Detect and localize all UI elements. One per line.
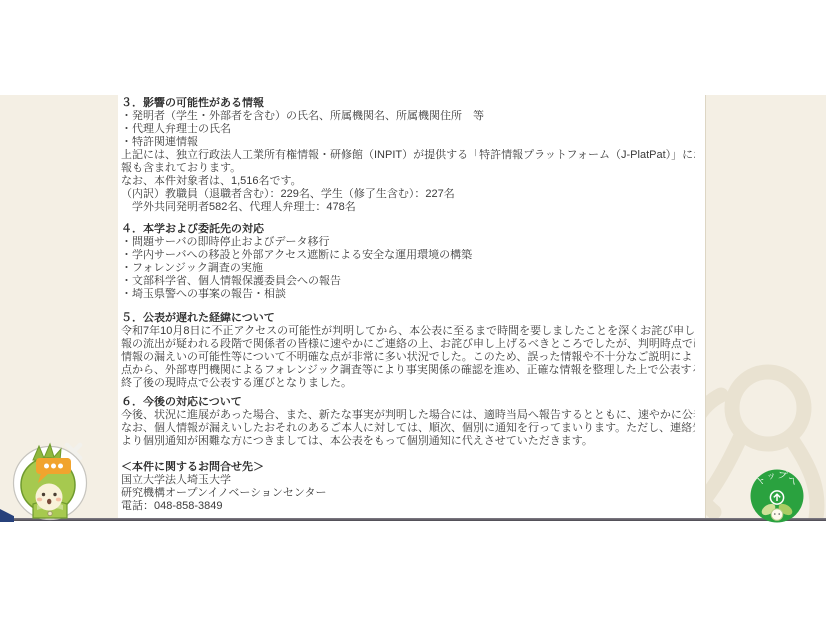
text-line: 学外共同発明者582名、代理人弁理士：478名	[121, 201, 695, 214]
text-line: 報の流出が疑われる段階で関係者の皆様に速やかにご連絡の上、お詫び申し上げるべきと…	[121, 338, 695, 351]
text-line: （内訳）教職員（退職者含む）：229名、学生（修了生含む）：227名	[121, 188, 695, 201]
text-line: 報も含まれております。	[121, 162, 695, 175]
section-heading: ３．影響の可能性がある情報	[121, 97, 695, 110]
section-1: ３．影響の可能性がある情報・発明者（学生・外部者を含む）の氏名、所属機関名、所属…	[121, 97, 695, 214]
contact-line: 国立大学法人埼玉大学	[121, 474, 695, 487]
section-2: ４．本学および委託先の対応・問題サーバの即時停止およびデータ移行・学内サーバへの…	[121, 223, 695, 301]
text-line: 上記には、独立行政法人工業所有権情報・研修館（INPIT）が提供する「特許情報プ…	[121, 149, 695, 162]
article: ３．影響の可能性がある情報・発明者（学生・外部者を含む）の氏名、所属機関名、所属…	[118, 95, 706, 519]
text-line: なお、本件対象者は、1,516名です。	[121, 175, 695, 188]
text-line: 点から、外部専門機関によるフォレンジック調査等により事実関係の確認を進め、正確な…	[121, 364, 695, 377]
chatbot-mascot-widget[interactable]	[11, 442, 90, 521]
text-line: ・フォレンジック調査の実施	[121, 262, 695, 275]
text-line: ・問題サーバの即時停止およびデータ移行	[121, 236, 695, 249]
contact-heading: ＜本件に関するお問合せ先＞	[121, 461, 695, 474]
section-3: ５．公表が遅れた経緯について令和7年10月8日に不正アクセスの可能性が判明してか…	[121, 312, 695, 390]
text-line: より個別通知が困難な方につきましては、本公表をもって個別通知に代えさせていただき…	[121, 435, 695, 448]
text-line: ・文部科学省、個人情報保護委員会への報告	[121, 275, 695, 288]
back-to-top-button[interactable]: トップへ	[750, 469, 804, 523]
text-line: ・特許関連情報	[121, 136, 695, 149]
text-line: ・学内サーバへの移設と外部アクセス遮断による安全な運用環境の構築	[121, 249, 695, 262]
text-line: 令和7年10月8日に不正アクセスの可能性が判明してから、本公表に至るまで時間を要…	[121, 325, 695, 338]
text-line: 今後、状況に進展があった場合、また、新たな事実が判明した場合には、適時当局へ報告…	[121, 409, 695, 422]
text-line: ・発明者（学生・外部者を含む）の氏名、所属機関名、所属機関住所 等	[121, 110, 695, 123]
section-heading: ５．公表が遅れた経緯について	[121, 312, 695, 325]
text-line: ・代理人弁理士の氏名	[121, 123, 695, 136]
section-heading: ６．今後の対応について	[121, 396, 695, 409]
contact-line: 電話：048-858-3849	[121, 500, 695, 513]
text-line: なお、個人情報が漏えいしたおそれのあるご本人に対しては、順次、個別に通知を行って…	[121, 422, 695, 435]
text-line: 情報の漏えいの可能性等について不明確な点が非常に多い状況でした。このため、誤った…	[121, 351, 695, 364]
section-4: ６．今後の対応について今後、状況に進展があった場合、また、新たな事実が判明した場…	[121, 396, 695, 448]
section-heading: ４．本学および委託先の対応	[121, 223, 695, 236]
page-bottom-divider	[0, 518, 826, 521]
text-line: 終了後の現時点で公表する運びとなりました。	[121, 377, 695, 390]
contact-line: 研究機構オープンイノベーションセンター	[121, 487, 695, 500]
text-line: ・埼玉県警への事案の報告・相談	[121, 288, 695, 301]
contact-block: ＜本件に関するお問合せ先＞国立大学法人埼玉大学研究機構オープンイノベーションセン…	[121, 461, 695, 513]
